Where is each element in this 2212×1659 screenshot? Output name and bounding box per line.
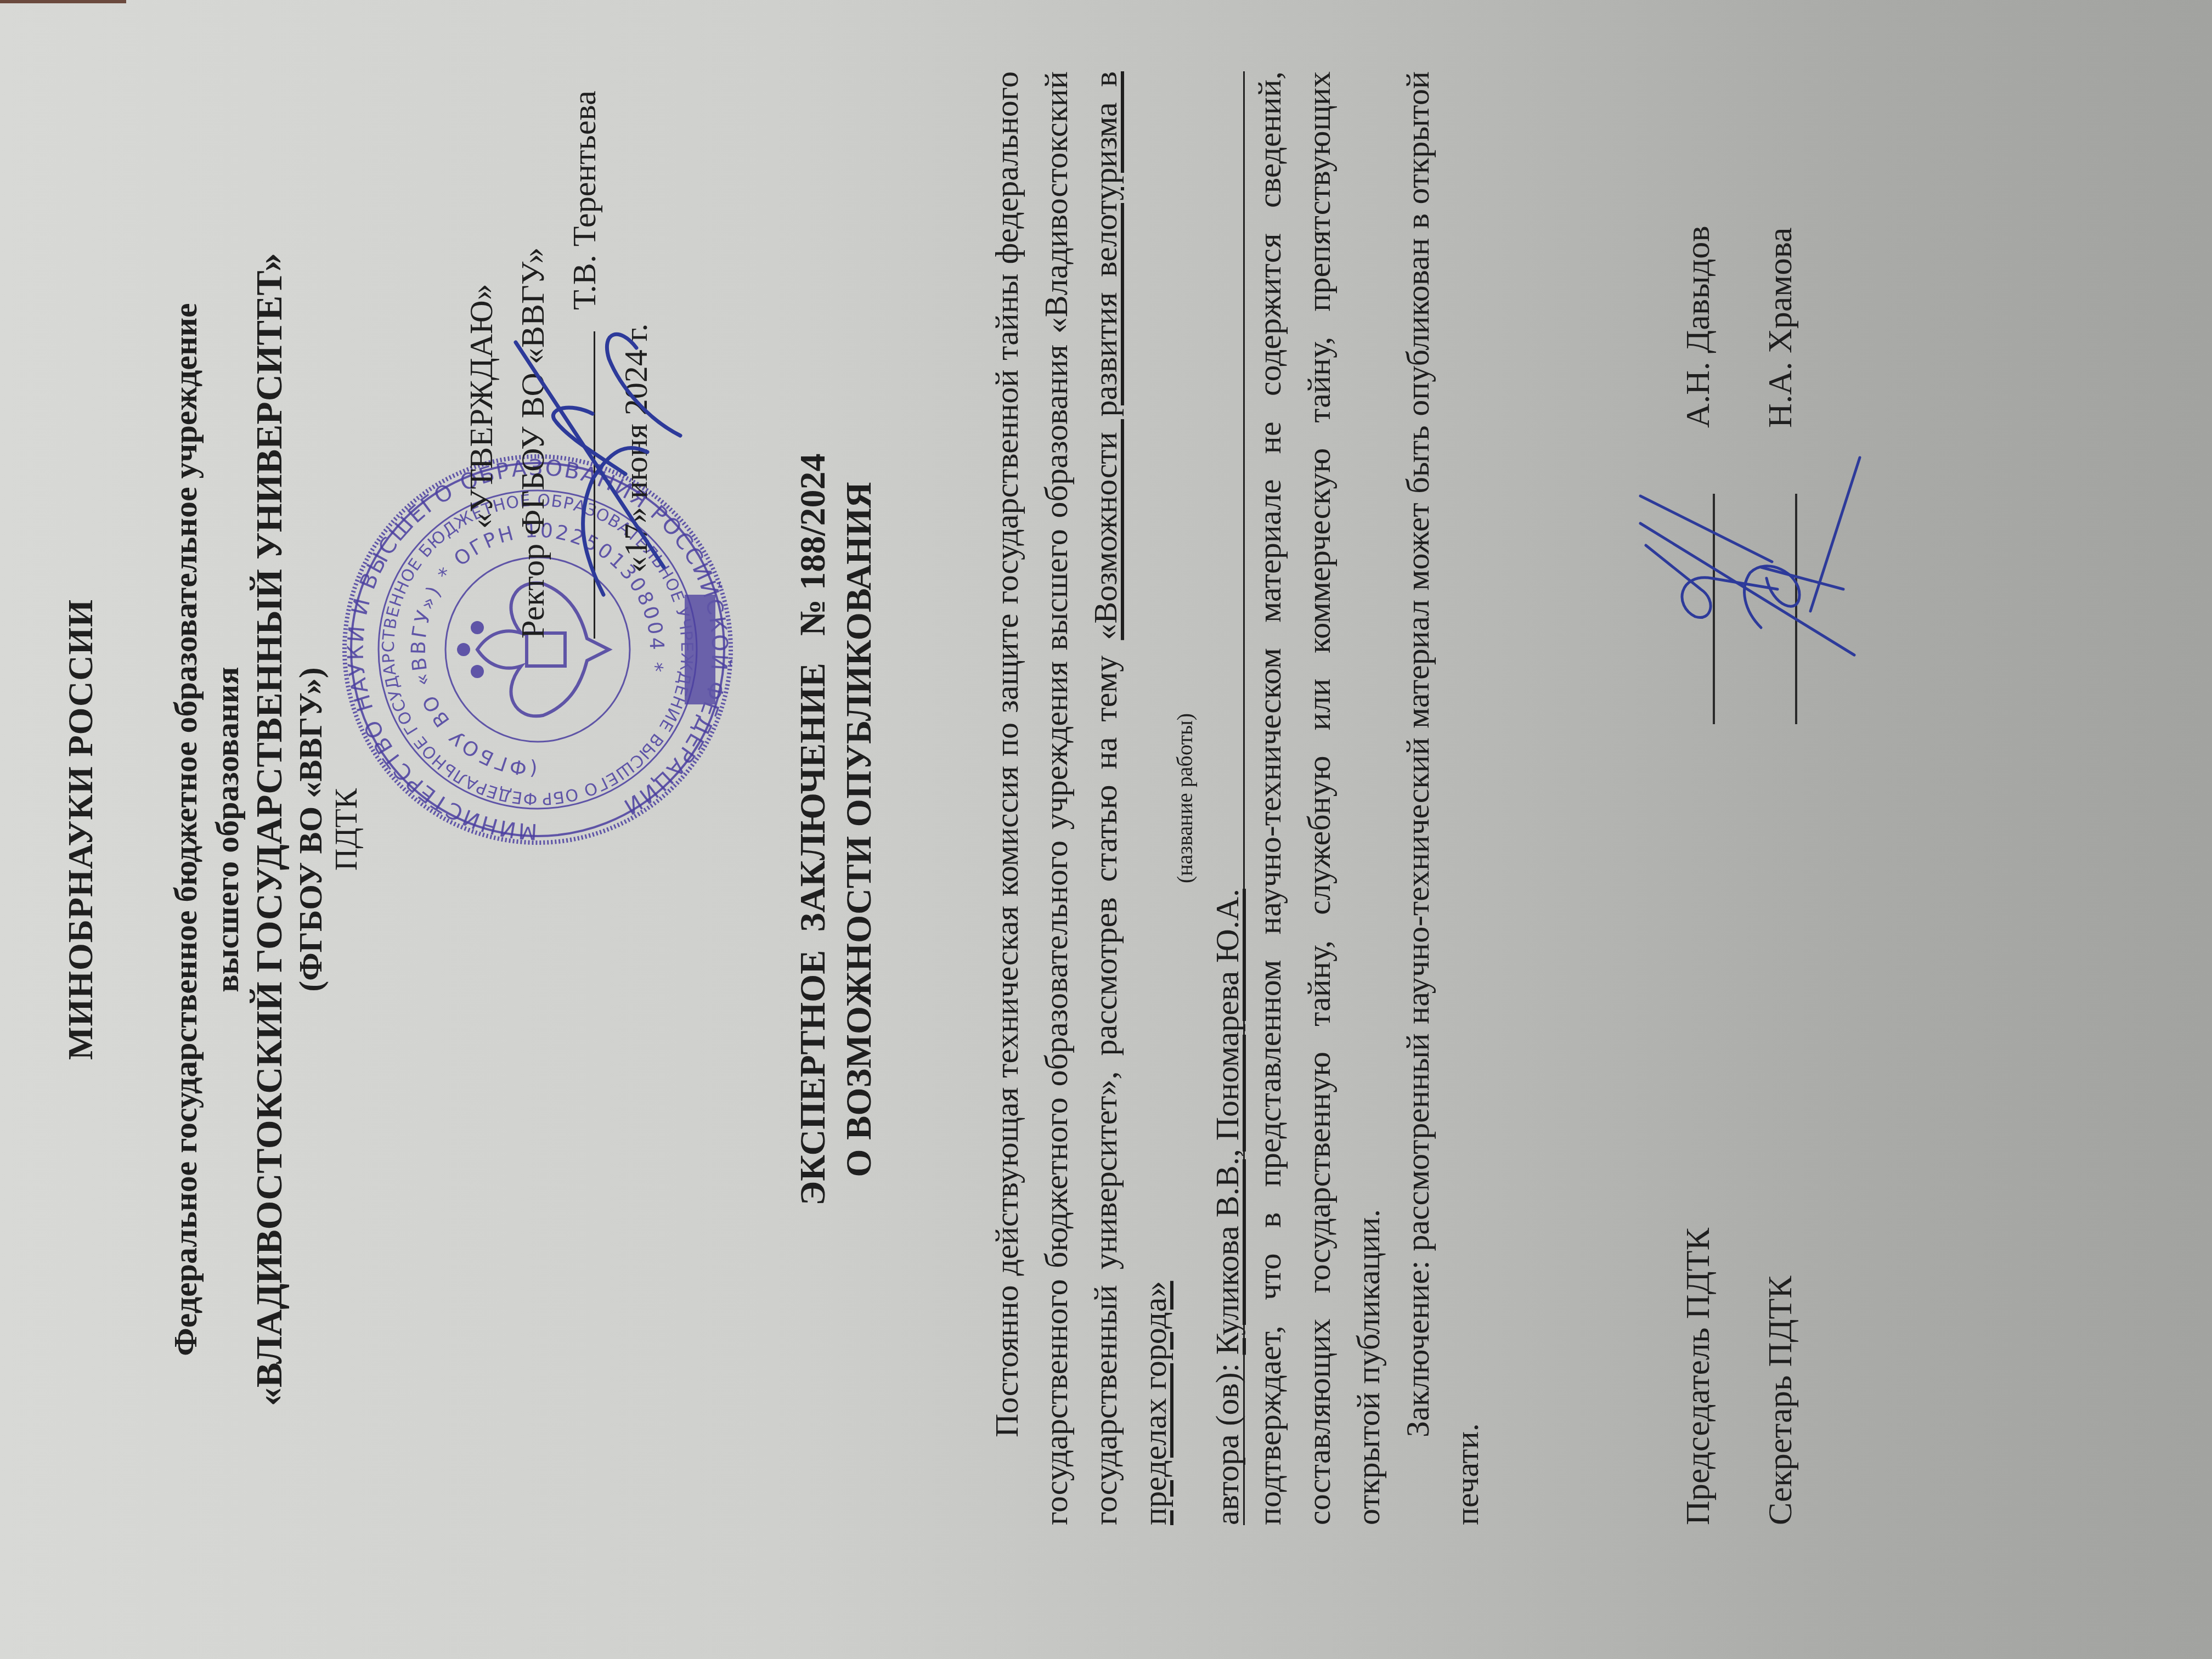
institution-line-4: (ФГБОУ ВО «ВВГУ») (290, 0, 331, 1659)
rector-signature-icon (483, 309, 691, 617)
paragraph-commission: Постоянно действующая техническая комисс… (982, 71, 1180, 1525)
secretary-role: Секретарь ПДТК (1761, 1276, 1800, 1525)
institution-block: Федеральное государственное бюджетное об… (165, 0, 331, 1659)
signature-row-secretary: Секретарь ПДТК Н.А. Храмова (1761, 71, 1816, 1525)
authors-names: Куликова В.В., Пономарева Ю.А. (1209, 889, 1245, 1355)
signature-row-chairman: Председатель ПДТК А.Н. Давыдов (1679, 71, 1734, 1525)
title-line-1: ЭКСПЕРТНОЕ ЗАКЛЮЧЕНИЕ № 188/2024 (790, 0, 836, 1659)
document-page: МИНОБРНАУКИ РОССИИ Федеральное государст… (0, 0, 2212, 1659)
chairman-name: А.Н. Давыдов (1679, 225, 1718, 428)
secretary-name: Н.А. Храмова (1761, 227, 1800, 428)
committee-signatures-icon (1635, 425, 1865, 754)
ministry-header: МИНОБРНАУКИ РОССИИ (60, 0, 101, 1659)
document-body: Постоянно действующая техническая комисс… (982, 71, 1492, 1525)
paragraph-confirmation: подтверждает, что в представленном научн… (1245, 71, 1393, 1525)
approval-name: Т.В. Терентьева (566, 91, 602, 310)
document-title: ЭКСПЕРТНОЕ ЗАКЛЮЧЕНИЕ № 188/2024 О ВОЗМО… (790, 0, 882, 1659)
institution-line-2: высшего образования (206, 0, 248, 1659)
institution-line-3: «ВЛАДИВОСТОКСКИЙ ГОСУДАРСТВЕННЫЙ УНИВЕРС… (248, 0, 290, 1659)
chairman-role: Председатель ПДТК (1679, 1228, 1718, 1525)
institution-line-1: Федеральное государственное бюджетное об… (165, 0, 206, 1659)
authors-label: автора (ов): (1209, 1363, 1245, 1526)
paragraph-conclusion: Заключение: рассмотренный научно-техниче… (1393, 71, 1492, 1525)
title-line-2: О ВОЗМОЖНОСТИ ОПУБЛИКОВАНИЯ (836, 0, 882, 1659)
